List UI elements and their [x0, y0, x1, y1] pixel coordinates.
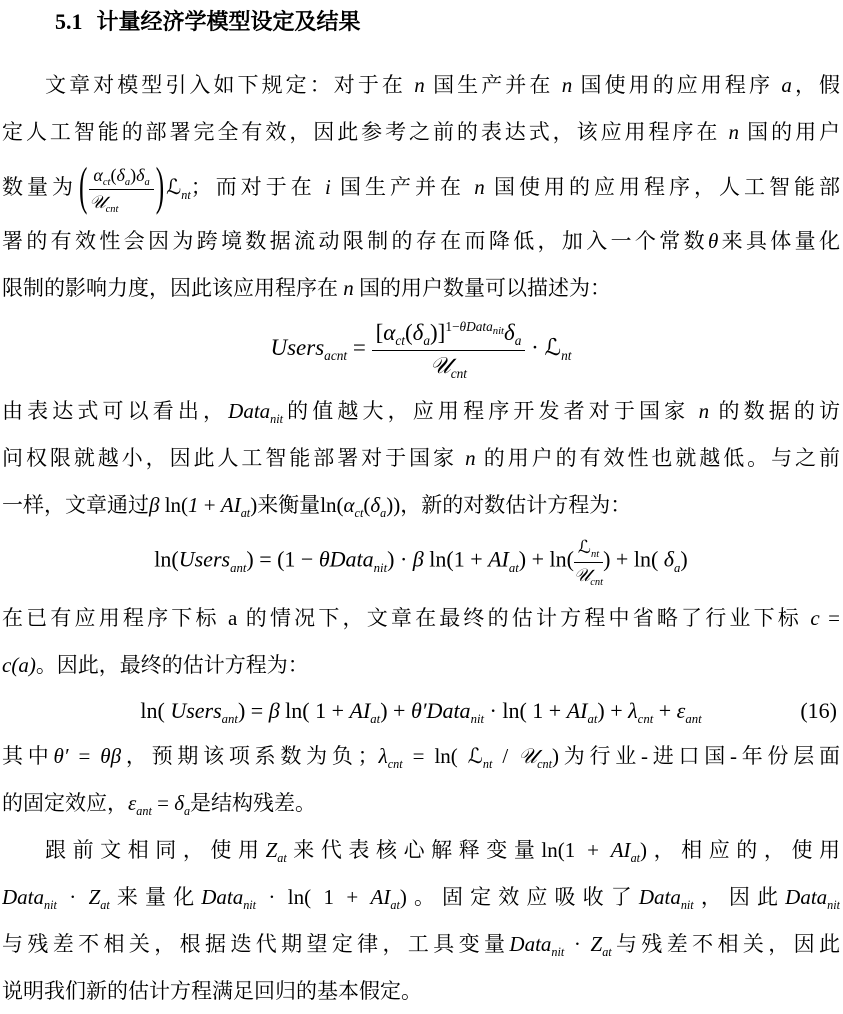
subscript: nit [243, 898, 256, 912]
text-run: 。固定效应吸收了 [407, 885, 639, 909]
text-line: 限制的影响力度，因此该应用程序在 n 国的用户数量可以描述为： [2, 265, 840, 312]
subscript: a [380, 506, 386, 520]
math-variable: θData [460, 319, 493, 334]
subscript: ant [230, 561, 246, 575]
subscript: at [602, 945, 611, 959]
math-variable: AI [611, 838, 631, 862]
math-operator: = ln( [403, 744, 468, 768]
math-variable: θ [708, 229, 718, 253]
math-operator: ln( [320, 493, 343, 517]
text-run: 由表达式可以看出， [2, 399, 228, 423]
math-variable: a [781, 73, 792, 97]
text-run: 国生产并在 [425, 73, 562, 97]
math-variable: Data [509, 932, 551, 956]
equation-content: ln(Usersant) = (1 − θDatanit) · β ln(1 +… [154, 536, 687, 587]
users-equation: Usersacnt = [αct(δa)]1−θDatanitδa𝒰cnt · … [2, 312, 840, 388]
subscript: cnt [590, 577, 603, 588]
math-variable: c(a) [2, 653, 36, 677]
script-letter: ℒ [468, 744, 483, 768]
math-variable: δ [664, 547, 674, 572]
math-operator: · [525, 335, 544, 360]
text-line: 的固定效应，εant = δa是结构残差。 [2, 780, 840, 827]
numerator: [αct(δa)]1−θDatanitδa [372, 319, 526, 351]
subscript: nt [561, 348, 571, 363]
text-line: 由表达式可以看出，Datanit的值越大，应用程序开发者对于国家 n 的数据的访 [2, 388, 840, 435]
numerator: αct(δa)δa [89, 164, 153, 190]
math-operator: ) + ln( [603, 547, 664, 572]
math-operator: ) + ln( [519, 547, 574, 572]
math-variable: AI [371, 885, 391, 909]
text-run: 与残差不相关，因此 [612, 932, 840, 956]
math-variable: 1 [188, 493, 199, 517]
math-operator: ln( [154, 547, 178, 572]
math-operator: ) = [238, 698, 269, 723]
text-run: ，相应的，使用 [647, 838, 840, 862]
text-line: 跟前文相同，使用Zat来代表核心解释变量ln(1 + AIat)，相应的，使用 [2, 827, 840, 874]
text-run: 来代表核心解释变量 [287, 838, 542, 862]
math-variable: δ [174, 791, 184, 815]
subscript: at [390, 898, 399, 912]
fraction: ℒnt𝒰cnt [574, 536, 603, 587]
math-variable: n [343, 276, 354, 300]
math-operator: + [199, 493, 221, 517]
math-variable: n [699, 399, 710, 423]
math-variable: n [562, 73, 573, 97]
math-variable: θ′ [54, 744, 69, 768]
text-line: 署的有效性会因为跨境数据流动限制的存在而降低，加入一个常数θ来具体量化 [2, 218, 840, 265]
text-run: 国的用户数量可以描述为： [354, 276, 611, 300]
subscript: a [515, 333, 522, 348]
math-variable: δ [504, 320, 515, 345]
subscript: at [631, 851, 640, 865]
document-content: 文章对模型引入如下规定：对于在 n 国生产并在 n 国使用的应用程序 a，假定人… [2, 62, 840, 1014]
text-line: 文章对模型引入如下规定：对于在 n 国生产并在 n 国使用的应用程序 a，假 [2, 62, 840, 109]
math-variable: n [474, 175, 485, 199]
math-variable: δ [116, 165, 124, 185]
math-operator: ) [400, 885, 407, 909]
denominator: 𝒰cnt [372, 351, 526, 381]
text-run: 署的有效性会因为跨境数据流动限制的存在而降低，加入一个常数 [2, 229, 708, 253]
subscript: nit [270, 412, 283, 426]
equation-number: (16) [800, 698, 837, 724]
text-run: 其中 [2, 744, 54, 768]
section-number: 5.1 [55, 9, 83, 34]
math-variable: β [269, 698, 280, 723]
script-letter: 𝒰 [518, 744, 537, 768]
math-operator: = [152, 791, 174, 815]
math-variable: Data [639, 885, 681, 909]
text-run: 说明我们新的估计方程满足回归的基本假定。 [2, 979, 422, 1003]
math-variable: c [810, 606, 819, 630]
math-operator: ln( [159, 493, 188, 517]
text-line: 说明我们新的估计方程满足回归的基本假定。 [2, 968, 840, 1014]
math-variable: n [465, 446, 476, 470]
math-variable: δ [370, 493, 380, 517]
math-variable: α [383, 320, 395, 345]
subscript: ct [103, 177, 111, 188]
subscript: at [370, 712, 380, 726]
superscript: 1−θDatanit [445, 319, 504, 334]
text-run: ，新的对数估计方程为： [400, 493, 631, 517]
math-variable: Z [89, 885, 101, 909]
math-variable: Users [170, 698, 221, 723]
math-operator: ln( 1 + [280, 698, 350, 723]
math-variable: δ [413, 320, 424, 345]
section-title: 计量经济学模型设定及结果 [97, 9, 361, 34]
text-run: 国使用的应用程序 [572, 73, 781, 97]
text-run: ；而对于在 [191, 175, 325, 199]
math-operator: ) = (1 − [246, 547, 318, 572]
text-line: 一样，文章通过β ln(1 + AIat)来衡量ln(αct(δa))，新的对数… [2, 482, 840, 529]
math-operator: 1− [445, 319, 459, 334]
section-heading: 5.1计量经济学模型设定及结果 [55, 6, 840, 38]
subscript: nit [44, 898, 57, 912]
denominator: 𝒰cnt [574, 563, 603, 588]
document-page: 5.1计量经济学模型设定及结果 文章对模型引入如下规定：对于在 n 国生产并在 … [0, 0, 843, 1014]
math-variable: Data [201, 885, 243, 909]
subscript: cnt [638, 712, 654, 726]
math-operator: ln(1 + [541, 838, 610, 862]
subscript: a [423, 333, 430, 348]
text-run: 的值越大，应用程序开发者对于国家 [283, 399, 699, 423]
text-line: Datanit · Zat来量化Datanit · ln( 1 + AIat)。… [2, 874, 840, 921]
subscript: a [125, 177, 130, 188]
text-run: 的用户的有效性也就越低。与之前 [476, 446, 840, 470]
text-run: 的固定效应， [2, 791, 128, 815]
subscript: a [184, 804, 190, 818]
math-variable: Z [591, 932, 603, 956]
math-variable: AI [488, 547, 509, 572]
text-run: 跟前文相同，使用 [45, 838, 266, 862]
subscript: cnt [388, 757, 403, 771]
math-variable: Data [2, 885, 44, 909]
subscript: acnt [324, 348, 347, 363]
fraction: αct(δa)δa𝒰cnt [89, 164, 153, 214]
math-operator: ) + [380, 698, 411, 723]
equation-content: Usersacnt = [αct(δa)]1−θDatanitδa𝒰cnt · … [270, 319, 571, 381]
script-letter: 𝒰 [89, 192, 105, 213]
text-line: 问权限就越小，因此人工智能部署对于国家 n 的用户的有效性也就越低。与之前 [2, 435, 840, 482]
math-operator: ) [680, 547, 687, 572]
subscript: ant [222, 712, 238, 726]
text-run: 国的用户 [739, 120, 840, 144]
script-letter: 𝒰 [574, 565, 590, 586]
fraction: [αct(δa)]1−θDatanitδa𝒰cnt [372, 319, 526, 381]
text-run: 国生产并在 [331, 175, 475, 199]
math-variable: α [93, 165, 102, 185]
script-letter: ℒ [166, 175, 181, 199]
text-line: 其中θ′ = θβ，预期该项系数为负；λcnt = ln( ℒnt / 𝒰cnt… [2, 733, 840, 780]
text-run: 。因此，最终的估计方程为： [36, 653, 309, 677]
math-operator: ) · [387, 547, 413, 572]
subscript: ct [395, 333, 405, 348]
math-variable: Z [266, 838, 278, 862]
text-run: 问权限就越小，因此人工智能部署对于国家 [2, 446, 465, 470]
text-run: 与残差不相关，根据迭代期望定律，工具变量 [2, 932, 509, 956]
subscript: nt [591, 549, 599, 560]
equation-content: ln( Usersant) = β ln( 1 + AIat) + θ′Data… [140, 698, 701, 724]
final-estimation-equation: ln( Usersant) = β ln( 1 + AIat) + θ′Data… [2, 689, 840, 733]
math-operator: · [564, 932, 590, 956]
text-run: 限制的影响力度，因此该应用程序在 [2, 276, 343, 300]
math-variable: θ′Data [411, 698, 471, 723]
subscript: cnt [106, 204, 119, 215]
math-variable: n [414, 73, 425, 97]
subscript: at [100, 898, 109, 912]
text-run: ，因此 [694, 885, 785, 909]
math-variable: Users [179, 547, 230, 572]
subscript: cnt [451, 366, 467, 381]
subscript: nit [493, 325, 504, 337]
text-run: 为行业-进口国-年份层面 [559, 744, 840, 768]
subscript: at [509, 561, 519, 575]
text-line: c(a)。因此，最终的估计方程为： [2, 642, 840, 689]
text-run: 是结构残差。 [190, 791, 316, 815]
math-operator: = [347, 335, 371, 360]
math-operator: = [68, 744, 100, 768]
subscript: at [241, 506, 250, 520]
math-operator: · [57, 885, 89, 909]
script-letter: ℒ [545, 335, 562, 361]
subscript: a [674, 561, 680, 575]
subscript: cnt [537, 757, 552, 771]
denominator: 𝒰cnt [89, 190, 153, 215]
math-operator: · ln( 1 + [484, 698, 567, 723]
math-variable: θβ [100, 744, 121, 768]
text-run: 国使用的应用程序，人工智能部 [485, 175, 840, 199]
math-operator: ( [405, 320, 413, 345]
math-operator: ) + [597, 698, 628, 723]
math-operator: / [492, 744, 518, 768]
subscript: ant [136, 804, 152, 818]
math-operator: · ln( 1 + [256, 885, 370, 909]
math-variable: θData [319, 547, 374, 572]
math-variable: Data [785, 885, 827, 909]
subscript: at [587, 712, 597, 726]
math-variable: AI [350, 698, 371, 723]
subscript: nit [374, 561, 387, 575]
text-line: 定人工智能的部署完全有效，因此参考之前的表达式，该应用程序在 n 国的用户 [2, 109, 840, 156]
math-variable: α [344, 493, 355, 517]
text-run: 数量为 [2, 175, 77, 199]
subscript: nit [681, 898, 694, 912]
math-variable: λ [628, 698, 638, 723]
subscript: nit [827, 898, 840, 912]
math-variable: AI [567, 698, 588, 723]
math-operator: = [820, 606, 840, 630]
text-run: 在已有应用程序下标 a 的情况下，文章在最终的估计方程中省略了行业下标 [2, 606, 810, 630]
subscript: at [277, 851, 286, 865]
subscript: nt [181, 188, 190, 202]
text-line: 在已有应用程序下标 a 的情况下，文章在最终的估计方程中省略了行业下标 c = [2, 595, 840, 642]
math-variable: Data [228, 399, 270, 423]
text-run: 的数据的访 [709, 399, 840, 423]
math-variable: β [149, 493, 159, 517]
numerator: ℒnt [574, 536, 603, 563]
subscript: a [144, 177, 149, 188]
subscript: nt [483, 757, 492, 771]
text-run: 文章对模型引入如下规定：对于在 [45, 73, 414, 97]
math-operator: + [653, 698, 676, 723]
text-run: ，预期该项系数为负； [121, 744, 379, 768]
big-paren-right: ) [156, 124, 164, 254]
text-run: 来量化 [110, 885, 201, 909]
text-line: 数量为(αct(δa)δa𝒰cnt)ℒnt；而对于在 i 国生产并在 n 国使用… [2, 156, 840, 218]
subscript: ant [685, 712, 701, 726]
math-operator: ln( [140, 698, 170, 723]
math-operator: ) [552, 744, 559, 768]
subscript: ct [355, 506, 364, 520]
math-variable: λ [379, 744, 388, 768]
math-operator: ln(1 + [424, 547, 488, 572]
math-variable: β [413, 547, 424, 572]
math-operator: )) [386, 493, 400, 517]
script-letter: 𝒰 [430, 353, 451, 379]
math-operator: )] [430, 320, 445, 345]
subscript: nit [471, 712, 484, 726]
math-variable: n [728, 120, 739, 144]
text-run: 定人工智能的部署完全有效，因此参考之前的表达式，该应用程序在 [2, 120, 728, 144]
text-run: 来衡量 [257, 493, 320, 517]
text-run: ，假 [792, 73, 840, 97]
math-operator: ) [640, 838, 647, 862]
math-variable: Users [270, 335, 324, 360]
math-variable: AI [221, 493, 241, 517]
big-paren-left: ( [79, 124, 87, 254]
subscript: nit [551, 945, 564, 959]
text-line: 与残差不相关，根据迭代期望定律，工具变量Datanit · Zat与残差不相关，… [2, 921, 840, 968]
log-estimation-equation: ln(Usersant) = (1 − θDatanit) · β ln(1 +… [2, 529, 840, 595]
script-letter: ℒ [578, 537, 591, 558]
text-run: 来具体量化 [718, 229, 840, 253]
text-run: 一样，文章通过 [2, 493, 149, 517]
